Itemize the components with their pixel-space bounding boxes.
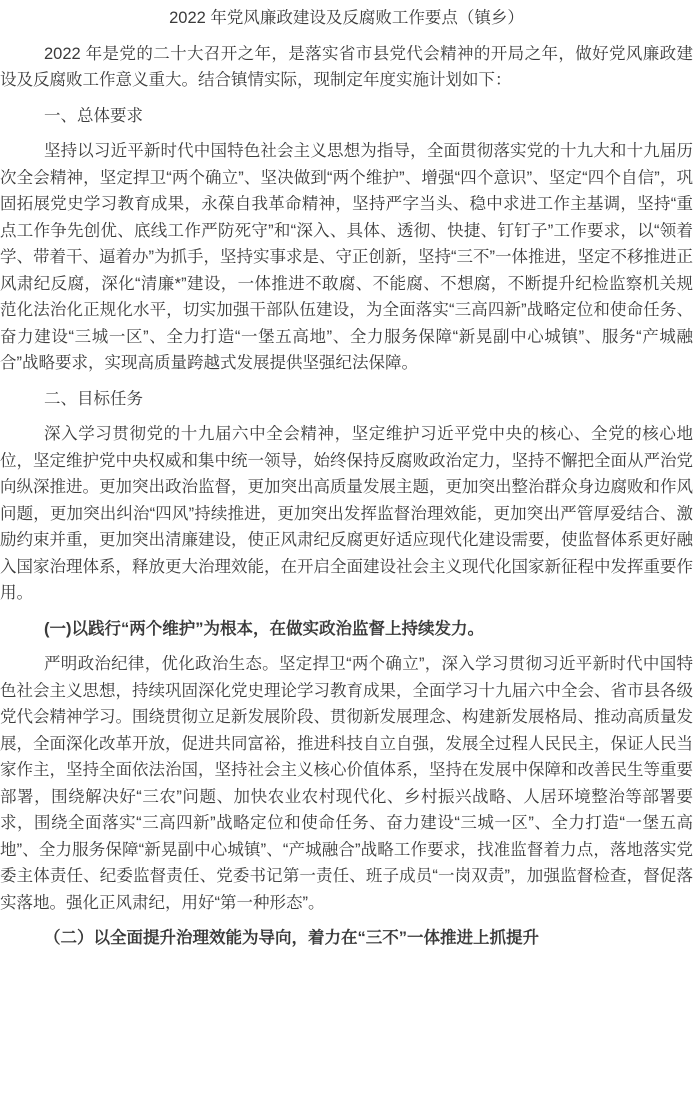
item-2-subheading: （二）以全面提升治理效能为导向，着力在“三不”一体推进上抓提升 [0, 925, 693, 952]
section-1-heading: 一、总体要求 [0, 103, 693, 130]
section-2-body-paragraph: 深入学习贯彻党的十九届六中全会精神，坚定维护习近平党中央的核心、全党的核心地位，… [0, 421, 693, 607]
section-2-heading: 二、目标任务 [0, 386, 693, 413]
intro-paragraph: 2022 年是党的二十大召开之年，是落实省市县党代会精神的开局之年，做好党风廉政… [0, 41, 693, 94]
document-title: 2022 年党风廉政建设及反腐败工作要点（镇乡） [0, 5, 693, 32]
document-page: 2022 年党风廉政建设及反腐败工作要点（镇乡） 2022 年是党的二十大召开之… [0, 0, 693, 952]
section-1-body-paragraph: 坚持以习近平新时代中国特色社会主义思想为指导，全面贯彻落实党的十九大和十九届历次… [0, 138, 693, 377]
item-1-body-paragraph: 严明政治纪律，优化政治生态。坚定捍卫“两个确立”，深入学习贯彻习近平新时代中国特… [0, 651, 693, 916]
item-1-subheading: (一)以践行“两个维护”为根本，在做实政治监督上持续发力。 [0, 616, 693, 643]
